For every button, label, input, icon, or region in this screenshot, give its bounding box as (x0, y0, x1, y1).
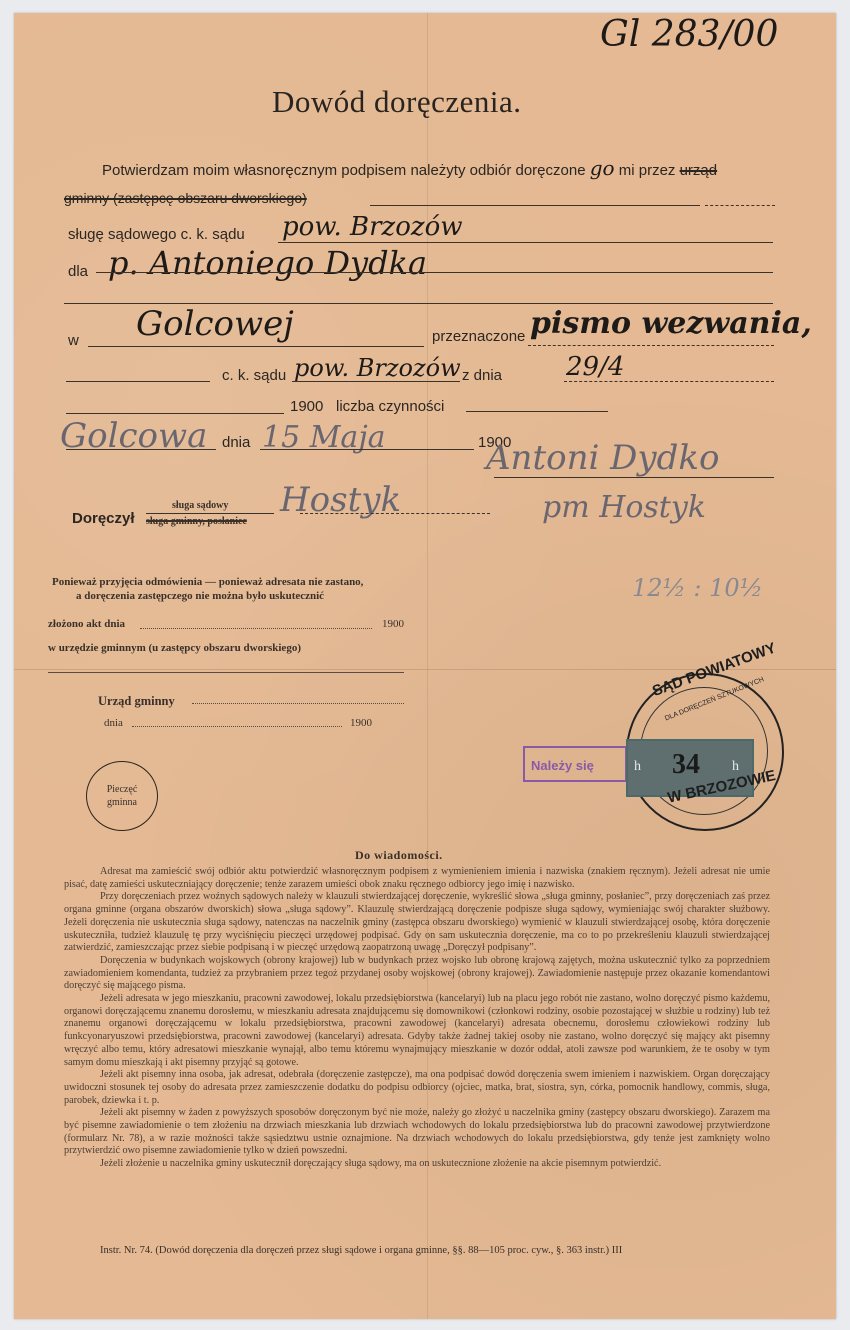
blank-line (370, 205, 700, 206)
role-divider (146, 513, 274, 514)
pencil-fee-note: 12½ : 10½ (632, 574, 763, 602)
village-handwritten: Golcowej (136, 304, 294, 344)
revenue-stamp-right: h (732, 759, 739, 775)
deposited-date-field (140, 628, 372, 629)
intro-struck: urząd (680, 162, 718, 179)
intro-line: Potwierdzam moim własnoręcznym podpisem … (102, 156, 717, 180)
notice-paragraph: Doręczenia w budynkach wojskowych (obron… (64, 955, 770, 993)
revenue-stamp-left: h (634, 759, 641, 775)
municipal-seal-placeholder: Pieczęć gminna (86, 761, 158, 831)
intro-tail: mi przez (619, 162, 676, 179)
municipal-office-line: w urzędzie gminnym (u zastępcy obszaru d… (48, 642, 301, 654)
servant-label: sługę sądowego c. k. sądu (68, 226, 245, 243)
recipient-handwritten: p. Antoniego Dydka (108, 244, 427, 282)
fee-due-stamp: Należy się (523, 746, 627, 782)
municipal-date-year: 1900 (350, 717, 372, 729)
notice-paragraph: Jeżeli adresata w jego mieszkaniu, praco… (64, 993, 770, 1069)
recipient-signature-note: pm Hostyk (542, 490, 706, 525)
delivered-role-municipal: sługa gminny, posłaniec (146, 516, 247, 527)
notice-paragraph: Jeżeli złożenie u naczelnika gminy uskut… (64, 1158, 770, 1171)
municipal-office-field (192, 703, 404, 704)
case-number-label: liczba czynności (336, 398, 444, 415)
for-label: dla (68, 263, 88, 280)
document-type-handwritten: pismo wezwania, (530, 306, 812, 341)
blank-line (705, 205, 775, 206)
notice-body: Adresat ma zamieścić swój odbiór aktu po… (64, 866, 770, 1171)
blank-line (564, 381, 774, 382)
blank-line (300, 513, 490, 514)
reference-number: Gl 283/00 (600, 14, 778, 55)
deposited-year: 1900 (382, 618, 404, 630)
court-label: c. k. sądu (222, 367, 286, 384)
place-handwritten: Golcowa (60, 416, 207, 456)
blank-line (96, 272, 773, 273)
destined-label: przeznaczone (432, 328, 525, 345)
struck-municipal-line: gminny (zastępcę obszaru dworskiego) (64, 190, 307, 206)
notice-paragraph: Jeżeli akt pisemny w żaden z powyższych … (64, 1107, 770, 1158)
notice-heading: Do wiadomości. (355, 848, 443, 863)
blank-line (66, 449, 216, 450)
municipal-date-field (132, 726, 342, 727)
court2-handwritten: pow. Brzozów (294, 354, 461, 382)
seal-label-1: Pieczęć (107, 783, 138, 796)
date-label: dnia (222, 434, 250, 451)
blank-line (48, 672, 404, 673)
delivered-by-label: Doręczył (72, 510, 135, 527)
intro-text: Potwierdzam moim własnoręcznym podpisem … (102, 162, 586, 179)
blank-line (66, 413, 284, 414)
intro-handwritten: go (590, 156, 615, 180)
form-footer: Instr. Nr. 74. (Dowód doręczenia dla dor… (100, 1245, 622, 1256)
revenue-stamp-value: 34 (672, 749, 700, 781)
blank-line (278, 242, 773, 243)
signature-line (494, 477, 774, 478)
deposited-label: złożono akt dnia (48, 618, 125, 630)
document-title: Dowód doręczenia. (272, 84, 522, 120)
seal-label-2: gminna (107, 796, 138, 809)
recipient-signature: Antoni Dydko (486, 438, 719, 478)
blank-line (66, 381, 210, 382)
from-date-handwritten: 29/4 (566, 352, 624, 382)
case-number-field (466, 411, 608, 412)
in-label: w (68, 332, 79, 349)
municipal-office-label: Urząd gminny (98, 694, 175, 709)
case-year: 1900 (290, 398, 323, 415)
delivered-role-court: sługa sądowy (172, 500, 228, 511)
notice-paragraph: Adresat ma zamieścić swój odbiór aktu po… (64, 866, 770, 891)
from-date-label: z dnia (462, 367, 502, 384)
municipal-date-label: dnia (104, 717, 123, 729)
court-handwritten: pow. Brzozów (282, 212, 463, 242)
blank-line (292, 381, 460, 382)
blank-line (528, 345, 774, 346)
delivered-signature: Hostyk (280, 480, 401, 520)
refusal-line-2: a doręczenia zastępczego nie można było … (76, 590, 324, 602)
refusal-line-1: Ponieważ przyjęcia odmówienia — ponieważ… (52, 576, 363, 588)
notice-paragraph: Jeżeli akt pisemny inna osoba, jak adres… (64, 1069, 770, 1107)
notice-paragraph: Przy doręczeniach przez woźnych sądowych… (64, 891, 770, 955)
blank-line (88, 346, 424, 347)
blank-line (260, 449, 474, 450)
